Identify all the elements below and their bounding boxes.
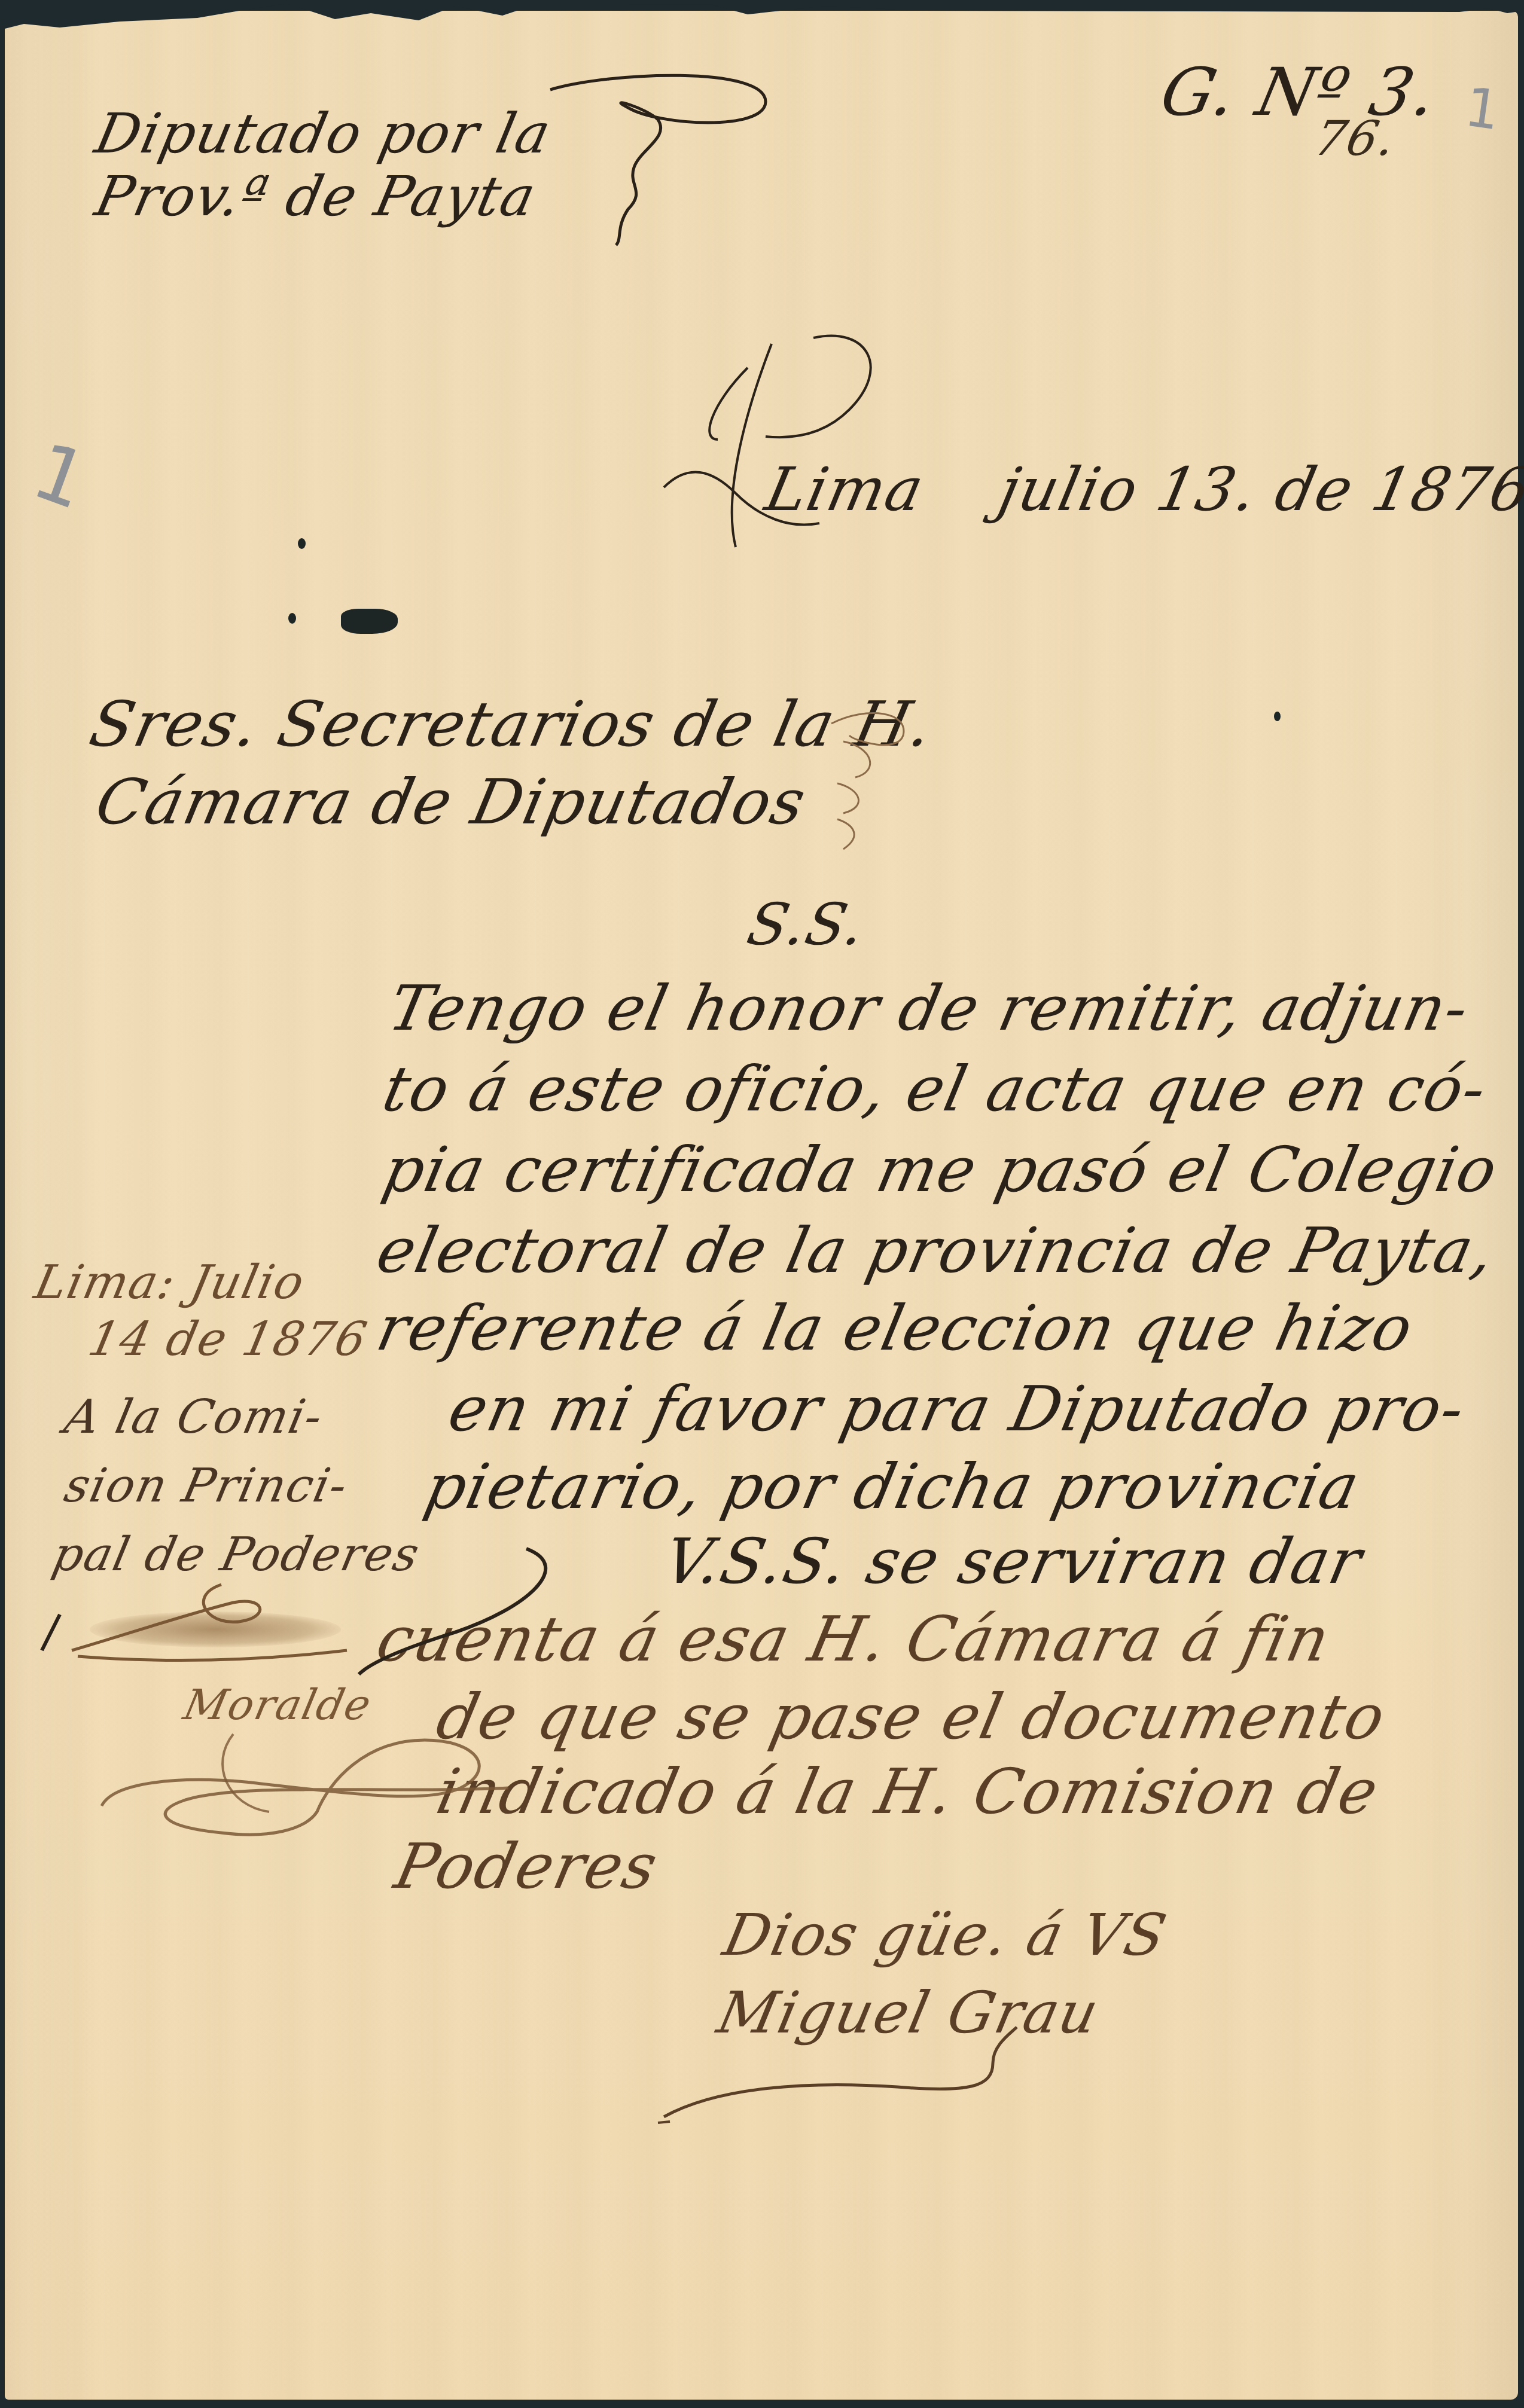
margin-note-line-4: sion Princi- (60, 1459, 353, 1513)
body-line-4: electoral de la provincia de Payta, (371, 1214, 1502, 1287)
addressee-flourish (819, 706, 939, 861)
signature-underline-flourish (658, 2021, 1172, 2129)
reference-year: 76. (1310, 111, 1401, 166)
margin-note-line-2: 14 de 1876 (84, 1313, 373, 1366)
valediction: Dios güe. á VS (718, 1902, 1173, 1968)
body-line-8: V.S.S. se serviran dar (658, 1525, 1369, 1598)
ink-blot (341, 609, 398, 634)
sender-brace-flourish (538, 72, 790, 251)
dateline-L-flourish (652, 332, 951, 565)
body-line-5: referente á la eleccion que hizo (371, 1292, 1420, 1365)
ink-dot (1274, 712, 1281, 721)
reference-code: G. Nº 3. (1154, 54, 1444, 130)
sender-line-1: Diputado por la (90, 102, 557, 166)
body-line-3: pia certificada me pasó el Colegio (377, 1133, 1504, 1206)
ink-dot (288, 613, 296, 624)
addressee-line-1: Sres. Secretarios de la H. (84, 688, 940, 761)
salutation: S.S. (742, 891, 872, 958)
margin-note-line-1: Lima: Julio (30, 1256, 310, 1310)
ink-dot (298, 538, 306, 549)
addressee-line-2: Cámara de Diputados (90, 765, 813, 838)
sender-line-2: Prov.ª de Payta (90, 164, 542, 228)
body-line-6: en mi favor para Diputado pro- (443, 1372, 1472, 1445)
dateline-place: Lima (760, 454, 931, 524)
body-line-1: Tengo el honor de remitir, adjun- (383, 972, 1476, 1045)
margin-note-line-3: A la Comi- (60, 1390, 328, 1444)
dateline-date: julio 13. de 1876. (993, 454, 1524, 524)
body-line-2: to á este oficio, el acta que en có- (377, 1052, 1493, 1125)
clerk-flourish-upper (66, 1579, 377, 1674)
clerk-flourish-lower (90, 1710, 628, 1848)
body-line-7: pietario, por dicha provincia (419, 1450, 1366, 1523)
